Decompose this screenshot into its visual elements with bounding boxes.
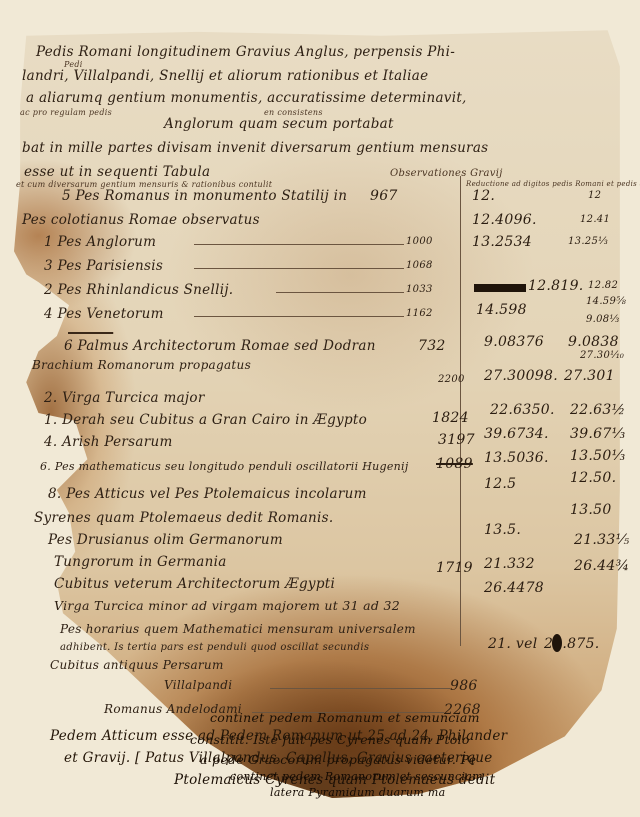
- manuscript-page: Pedis Romani longitudinem Gravius Anglus…: [14, 28, 626, 798]
- table-row-label: 6 Palmus Architectorum Romae sed Dodran: [64, 338, 376, 354]
- table-row-label: Syrenes quam Ptolemaeus dedit Romanis.: [34, 510, 333, 526]
- table-row-gravij: 1824: [432, 410, 469, 426]
- table-row-rounded: 27.30⅒: [580, 350, 624, 361]
- table-row-gravij: 732: [418, 338, 446, 354]
- table-row-digits: 13.5036.: [484, 450, 549, 466]
- intro-line-2: landri, Villalpandi, Snellij et aliorum …: [22, 68, 428, 84]
- table-row-gravij: 1033: [406, 284, 433, 295]
- table-row-label: Cubitus antiquus Persarum: [50, 658, 224, 672]
- table-row-rounded: 22.63½: [570, 402, 625, 418]
- intro-line-4: Anglorum quam secum portabat: [164, 116, 394, 132]
- table-row-digits: 12.4096.: [472, 212, 537, 228]
- table-row-rounded: 14.59⅝: [586, 296, 626, 307]
- table-row-digits: 39.6734.: [484, 426, 549, 442]
- table-row-label: 5 Pes Romanus in monumento Statilij in: [62, 188, 347, 204]
- table-row-label: 1 Pes Anglorum: [44, 234, 156, 250]
- table-row-rounded: 12: [588, 190, 601, 201]
- table-row-rounded: 26.44¾: [574, 558, 629, 574]
- closing-line-8: latera Pyramidum duarum ma: [270, 786, 446, 799]
- table-row-label: 6. Pes mathematicus seu longitudo pendul…: [40, 460, 409, 473]
- leader-line: [194, 244, 404, 245]
- table-row-label: Brachium Romanorum propagatus: [32, 358, 251, 372]
- table-row-label: Tungrorum in Germania: [54, 554, 227, 570]
- closing-line-6: a pede Graecorum propagatus videtur. Pe: [200, 752, 476, 767]
- table-row-gravij: 2200: [438, 374, 465, 385]
- struck-out-value: [474, 284, 526, 292]
- intro-line-3: a aliarumq gentium monumentis, accuratis…: [26, 90, 467, 106]
- table-row-digits: 14.598: [476, 302, 527, 318]
- table-row-label: Pes horarius quem Mathematici mensuram u…: [60, 622, 416, 636]
- table-row-label: 4 Pes Venetorum: [44, 306, 164, 322]
- column-header-reduction: Reductione ad digitos pedis Romani et pe…: [466, 180, 640, 188]
- table-row-rounded: 13.50⅓: [570, 448, 625, 464]
- closing-line-5: constitit. Iste fuit pes Cyrenes quam Pt…: [190, 732, 470, 747]
- table-row-gravij: 1162: [406, 308, 433, 319]
- closing-line-7: continet pedem Romanorum et sescunciam: [230, 770, 483, 783]
- intro-line-6: esse ut in sequenti Tabula: [24, 164, 210, 180]
- table-row-digits: 13.5.: [484, 522, 521, 538]
- table-row-label: 2. Virga Turcica major: [44, 390, 205, 406]
- table-row-label: adhibent. Is tertia pars est penduli quo…: [60, 642, 369, 653]
- table-row-label: Cubitus veterum Architectorum Ægypti: [54, 576, 335, 592]
- table-row-digits: 21. vel: [488, 636, 538, 652]
- table-row-digits: 22.6350.: [490, 402, 555, 418]
- table-row-gravij: 1000: [406, 236, 433, 247]
- leader-line: [194, 316, 404, 317]
- table-row-rounded: 12.41: [580, 214, 610, 225]
- table-row-label: 4. Arish Persarum: [44, 434, 173, 450]
- table-row-label: 2 Pes Rhinlandicus Snellij.: [44, 282, 233, 298]
- intro-line-5: bat in mille partes divisam invenit dive…: [22, 140, 488, 156]
- table-row-gravij: 1068: [406, 260, 433, 271]
- table-row-rounded: 13.25⅓: [568, 236, 608, 247]
- table-row-digits: 27.30098.: [484, 368, 558, 384]
- table-row-digits: 13.2534: [472, 234, 532, 250]
- table-row-label: 3 Pes Parisiensis: [44, 258, 163, 274]
- table-row-label: 8. Pes Atticus vel Pes Ptolemaicus incol…: [48, 486, 367, 502]
- leader-line: [194, 268, 404, 269]
- table-row-rounded: 9.08⅓: [586, 314, 619, 325]
- table-row-digits: 12.819.: [528, 278, 584, 294]
- intro-line-1: Pedis Romani longitudinem Gravius Anglus…: [36, 44, 455, 60]
- table-row-rounded: 12.50.: [570, 470, 616, 486]
- leader-line: [276, 292, 404, 293]
- table-row-rounded: 21.33⅕: [574, 532, 629, 548]
- table-row-rounded: 12.82: [588, 280, 618, 291]
- table-row-digits: 12.: [472, 188, 495, 204]
- table-row-gravij: 986: [450, 678, 478, 694]
- table-row-rounded: 9.0838: [568, 334, 619, 350]
- table-row-label: Pes Drusianus olim Germanorum: [48, 532, 283, 548]
- ink-blot: [552, 634, 562, 652]
- table-row-gravij: 3197: [438, 432, 475, 448]
- table-row-gravij: 967: [370, 188, 398, 204]
- table-row-label: Pes colotianus Romae observatus: [22, 212, 260, 228]
- intro-annotation: ac pro regulam pedis: [20, 108, 112, 117]
- table-row-rounded: 39.67⅓: [570, 426, 625, 442]
- table-row-rounded: 13.50: [570, 502, 612, 518]
- table-row-label: 1. Derah seu Cubitus a Gran Cairo in Ægy…: [44, 412, 367, 428]
- table-row-gravij: 1719: [436, 560, 473, 576]
- table-row-label: Virga Turcica minor ad virgam majorem ut…: [54, 598, 400, 613]
- table-row-digits: 21.332: [484, 556, 535, 572]
- table-row-digits: 26.4478: [484, 580, 544, 596]
- leader-line: [270, 688, 450, 689]
- table-row-gravij: 1089: [436, 456, 473, 472]
- table-row-label: Villalpandi: [164, 678, 232, 692]
- column-header-gravij: Observationes Gravij: [390, 168, 503, 179]
- table-row-digits: 12.5: [484, 476, 516, 492]
- table-row-rounded: 27.301: [564, 368, 615, 384]
- table-row-digits: 9.08376: [484, 334, 544, 350]
- closing-line-4: continet pedem Romanum et semunciam: [210, 710, 480, 725]
